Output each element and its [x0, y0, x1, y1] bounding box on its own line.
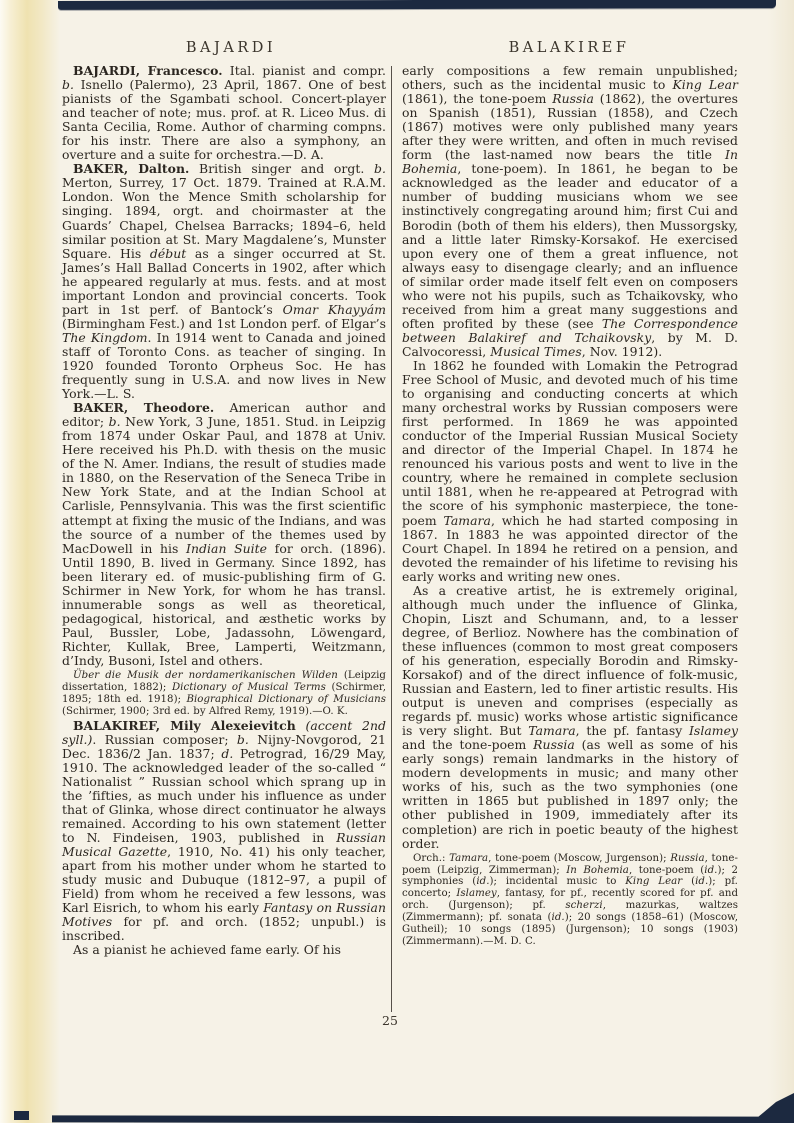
- text-run: Omar Khayyám: [283, 302, 386, 317]
- book-binding-bottom: [52, 1115, 794, 1123]
- text-run: b.: [237, 732, 249, 747]
- text-run: In 1862 he founded with Lomakin the Petr…: [402, 358, 738, 528]
- balakiref-continuation: early compositions a few remain unpublis…: [402, 64, 738, 359]
- text-run: d.: [221, 746, 233, 761]
- text-run: BAKER, Theodore.: [73, 400, 214, 415]
- balakiref-paragraph-pianist: As a pianist he achieved fame early. Of …: [62, 943, 386, 957]
- aged-page-edge-left: [0, 0, 60, 1123]
- text-run: , the pf. fantasy: [576, 723, 689, 738]
- book-cover-corner: [754, 1093, 794, 1123]
- text-run: BAKER, Dalton.: [73, 161, 189, 176]
- text-run: , tone-poem). In 1861, he began to be ac…: [402, 161, 738, 331]
- text-run: for orch. (1896). Until 1890, B. lived i…: [62, 541, 386, 668]
- text-run: (: [682, 876, 695, 887]
- balakiref-paragraph-free-school: In 1862 he founded with Lomakin the Petr…: [402, 359, 738, 584]
- text-run: Tamara: [444, 513, 491, 528]
- text-run: Islamey: [456, 888, 496, 899]
- text-run: id.: [552, 912, 565, 923]
- text-run: id.: [476, 876, 489, 887]
- book-binding-top: [58, 0, 776, 10]
- page-body: BAJARDI, Francesco. Ital. pianist and co…: [62, 64, 738, 957]
- text-run: As a pianist he achieved fame early. Of …: [73, 942, 341, 957]
- text-run: début: [150, 246, 186, 261]
- text-run: (1861), the tone-poem: [402, 91, 552, 106]
- text-run: (as well as some of his early songs) rem…: [402, 737, 738, 850]
- text-run: Islamey: [689, 723, 738, 738]
- balakiref-works-list: Orch.: Tamara, tone-poem (Moscow, Jurgen…: [402, 853, 738, 948]
- entry-bajardi-francesco: BAJARDI, Francesco. Ital. pianist and co…: [62, 64, 386, 162]
- left-column: BAJARDI, Francesco. Ital. pianist and co…: [62, 64, 386, 957]
- text-run: Dictionary of Musical Terms: [172, 682, 326, 693]
- text-run: Tamara: [449, 853, 488, 864]
- text-run: (Schirmer, 1900; 3rd ed. by Alfred Remy,…: [62, 706, 348, 717]
- text-run: In Bohemia: [566, 865, 629, 876]
- right-column: early compositions a few remain unpublis…: [402, 64, 738, 957]
- text-run: The Kingdom: [62, 330, 148, 345]
- text-run: Ital. pianist and compr.: [223, 63, 386, 78]
- text-run: Indian Suite: [186, 541, 267, 556]
- entry-baker-dalton: BAKER, Dalton. British singer and orgt. …: [62, 162, 386, 401]
- text-run: scherzi: [565, 900, 602, 911]
- text-run: New York, 3 June, 1851. Stud. in Leipzig…: [62, 414, 386, 555]
- text-run: id.: [704, 865, 717, 876]
- book-cover-mark: [14, 1111, 29, 1120]
- text-run: Orch.:: [413, 853, 449, 864]
- text-run: b.: [62, 77, 74, 92]
- text-run: (Birmingham Fest.) and 1st London perf. …: [62, 316, 386, 331]
- text-run: British singer and orgt.: [189, 161, 374, 176]
- running-heads: BAJARDI BALAKIREF: [62, 40, 738, 56]
- aged-page-edge-right: [768, 0, 794, 1123]
- text-run: b.: [109, 414, 121, 429]
- text-run: Über die Musik der nordamerikanischen Wi…: [73, 670, 338, 681]
- entry-baker-theodore: BAKER, Theodore. American author and edi…: [62, 401, 386, 668]
- text-run: b.: [374, 161, 386, 176]
- text-run: Russia: [552, 91, 594, 106]
- text-run: ); incidental music to: [490, 876, 626, 887]
- text-run: Isnello (Palermo), 23 April, 1867. One o…: [62, 77, 386, 162]
- text-run: id.: [695, 876, 708, 887]
- text-run: As a creative artist, he is extremely or…: [402, 583, 738, 738]
- text-run: Musical Times: [490, 344, 582, 359]
- text-run: , tone-poem (: [629, 865, 704, 876]
- scanned-page: { "page": { "running_heads": { "left": "…: [0, 0, 794, 1123]
- text-run: Tamara: [528, 723, 575, 738]
- text-run: and the tone-poem: [402, 737, 533, 752]
- running-head-left: BAJARDI: [62, 40, 400, 56]
- text-run: . Russian composer;: [92, 732, 237, 747]
- balakiref-paragraph-creative-artist: As a creative artist, he is extremely or…: [402, 584, 738, 851]
- baker-theodore-bibliography: Über die Musik der nordamerikanischen Wi…: [62, 670, 386, 718]
- text-run: Russia: [670, 853, 704, 864]
- running-head-right: BALAKIREF: [400, 40, 738, 56]
- page-number: 25: [0, 1013, 780, 1028]
- text-run: Russia: [533, 737, 575, 752]
- text-run: BAJARDI, Francesco.: [73, 63, 223, 78]
- entry-balakiref: BALAKIREF, Mily Alexeievitch (accent 2nd…: [62, 719, 386, 944]
- text-run: King Lear: [672, 77, 738, 92]
- text-run: Biographical Dictionary of Musicians: [186, 694, 386, 705]
- text-run: , Nov. 1912).: [582, 344, 663, 359]
- text-run: , tone-poem (Moscow, Jurgenson);: [488, 853, 670, 864]
- text-run: King Lear: [625, 876, 682, 887]
- text-run: BALAKIREF, Mily Alexeievitch: [73, 718, 296, 733]
